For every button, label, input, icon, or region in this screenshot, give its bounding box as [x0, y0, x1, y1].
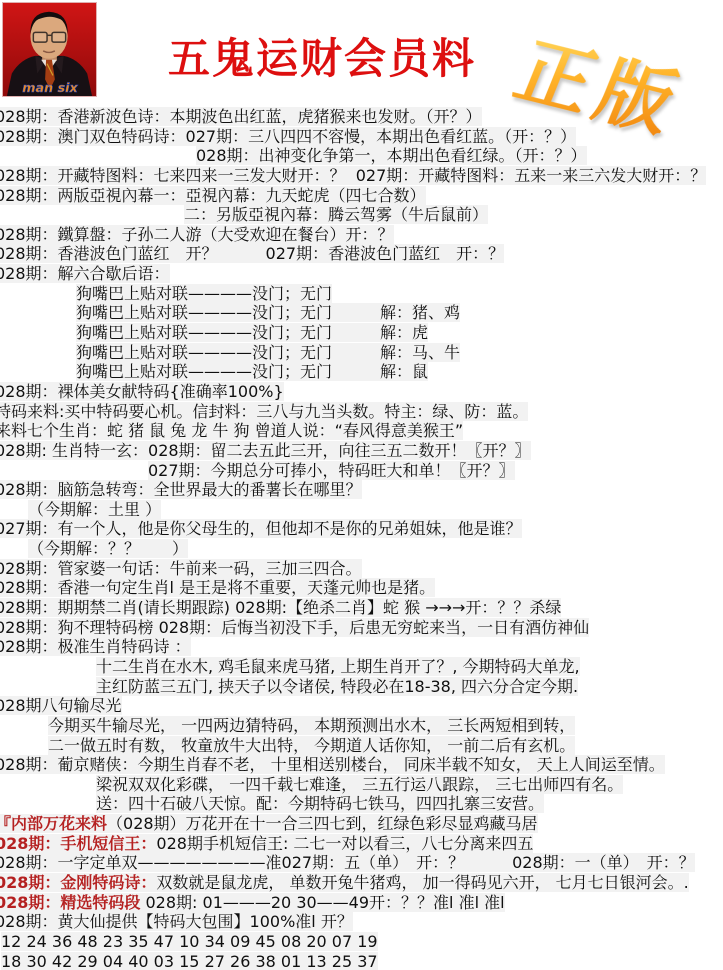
text-segment: 028期：香港一句定生肖l 是王是将不重要，天蓬元帅也是猪。: [0, 578, 435, 597]
text-line: 18 30 42 29 04 40 03 15 27 26 38 01 13 2…: [0, 952, 723, 970]
text-segment: 028期: 生肖特一玄：028期：留二去五此三开，向往三五二数开！〖开？〗: [0, 441, 531, 460]
portrait-photo: man six: [2, 2, 97, 97]
page-title: 五鬼运财会员料: [168, 26, 476, 86]
text-segment: 028期：脑筋急转弯：全世界最大的番薯长在哪里？: [0, 480, 362, 499]
text-line: 028期：精选特码段 028期: 01———20 30——49开：？？准l 准l…: [0, 893, 723, 913]
text-segment: 028期：管家婆一句话：牛前来一码，三加三四合。: [0, 559, 362, 578]
text-line: 今期买牛输尽光， 一四两边猜特码， 本期预测出水木， 三长两短相到转，: [0, 716, 723, 736]
text-line: 028期：管家婆一句话：牛前来一码，三加三四合。: [0, 559, 723, 579]
highlight-segment: 『内部万花来料: [0, 814, 107, 833]
text-line: 028期：出神变化争第一，本期出色看红绿。（开：？）: [0, 146, 723, 166]
text-segment: 028期: 01———20 30——49开：？？准l 准l 准l: [140, 893, 504, 912]
text-segment: 今期买牛输尽光， 一四两边猜特码， 本期预测出水木， 三长两短相到转，: [48, 716, 575, 735]
text-segment: 狗嘴巴上贴对联————没门；无门 解：猪、鸡: [76, 303, 460, 322]
highlight-segment: 028期：金刚特码诗：: [0, 873, 156, 892]
text-line: 028期：解六合歇后语：: [0, 264, 723, 284]
text-segment: 028期：一字定单双————————准027期：五（单） 开：？ 028期：一（…: [0, 853, 695, 872]
text-segment: 028期：裸体美女献特码{准确率100%}: [0, 382, 284, 401]
text-line: 狗嘴巴上贴对联————没门；无门 解：虎: [0, 323, 723, 343]
text-segment: 028期：狗不理特码榜 028期：后悔当初没下手，后患无穷蛇来当，一日有酒仿神仙: [0, 618, 589, 637]
text-segment: 二：另版亞視內幕：腾云驾雾（牛后鼠前）: [184, 205, 488, 224]
text-segment: 028期八句输尽光: [0, 696, 122, 715]
text-line: 028期: 生肖特一玄：028期：留二去五此三开，向往三五二数开！〖开？〗: [0, 441, 723, 461]
text-line: 028期：香港波色门蓝红 开？ 027期：香港波色门蓝红 开：？: [0, 244, 723, 264]
text-segment: 028期：黄大仙提供【特码大包围】100%准l 开？: [0, 912, 353, 931]
text-line: 028期：狗不理特码榜 028期：后悔当初没下手，后患无穷蛇来当，一日有酒仿神仙: [0, 618, 723, 638]
text-segment: 二一做五时有数， 牧童放牛大出特， 今期道人话你知， 一前二后有玄机。: [48, 736, 575, 755]
text-segment: 狗嘴巴上贴对联————没门；无门: [76, 284, 332, 303]
text-line: 028期：澳门双色特码诗：027期：三八四四不容慢，本期出色看红蓝。（开：？）: [0, 127, 723, 147]
text-line: （今期解：？？ ）: [0, 539, 723, 559]
text-segment: 狗嘴巴上贴对联————没门；无门 解：马、牛: [76, 343, 460, 362]
text-line: 狗嘴巴上贴对联————没门；无门 解：猪、鸡: [0, 303, 723, 323]
text-segment: 双数就是鼠龙虎， 单数开兔牛猪鸡， 加一得码见六开， 七月七日银河会。.: [156, 873, 688, 892]
text-segment: 028期：开藏特图料：七来四来一三发大财开：？ 027期：开藏特图料：五来一来三…: [0, 166, 706, 185]
text-segment: 028期：香港新波色诗：本期波色出红蓝，虎猪猴来也发财。（开？）: [0, 107, 482, 126]
text-line: 028期：脑筋急转弯：全世界最大的番薯长在哪里？: [0, 480, 723, 500]
text-segment: 028期：澳门双色特码诗：027期：三八四四不容慢，本期出色看红蓝。（开：？）: [0, 127, 576, 146]
portrait-illustration: man six: [3, 3, 96, 96]
text-line: 二一做五时有数， 牧童放牛大出特， 今期道人话你知， 一前二后有玄机。: [0, 736, 723, 756]
text-line: 狗嘴巴上贴对联————没门；无门 解：马、牛: [0, 343, 723, 363]
text-segment: 028期：两版亞視內幕一：亞視內幕：九天蛇虎（四七合数）: [0, 186, 426, 205]
text-line: 027期：今期总分可捧小，特码旺大和单！〖开？〗: [0, 461, 723, 481]
text-segment: 梁祝双双化彩碟， 一四千载七难逢， 三五行运八跟踪， 三七出师四有名。: [96, 775, 623, 794]
text-segment: 主红防蓝三五门, 挟天子以令诸侯, 特段必在18-38, 四六分合定今期.: [96, 677, 578, 696]
text-line: 028期：香港一句定生肖l 是王是将不重要，天蓬元帅也是猪。: [0, 578, 723, 598]
text-segment: 12 24 36 48 23 35 47 10 34 09 45 08 20 0…: [1, 932, 378, 951]
text-line: 028期：极准生肖特码诗 ：: [0, 637, 723, 657]
text-line: 028期：一字定单双————————准027期：五（单） 开：？ 028期：一（…: [0, 853, 723, 873]
text-segment: 特码来料:买中特码要心机。信封料：三八与九当头数。特主：绿、防：蓝。: [0, 402, 528, 421]
text-segment: 送：四十石破八天惊。配：今期特码七铁马，四四扎寨三安营。: [96, 794, 544, 813]
text-line: 028期八句输尽光: [0, 696, 723, 716]
text-line: 028期：期期禁二肖(请长期跟踪) 028期:【绝杀二肖】蛇 猴 →→→开：？？…: [0, 598, 723, 618]
text-line: 特码来料:买中特码要心机。信封料：三八与九当头数。特主：绿、防：蓝。: [0, 402, 723, 422]
text-segment: 狗嘴巴上贴对联————没门；无门 解：鼠: [76, 362, 428, 381]
text-segment: 028期：葡京赌侠：今期生肖春不老， 十里相送别楼台， 同床半载不知女， 天上人…: [0, 755, 665, 774]
text-line: 028期：两版亞視內幕一：亞視內幕：九天蛇虎（四七合数）: [0, 186, 723, 206]
text-segment: 来料七个生肖：蛇 猪 鼠 兔 龙 牛 狗 曾道人说：“春风得意美猴王”: [0, 421, 463, 440]
text-segment: 027期：有一个人，他是你父母生的，但他却不是你的兄弟姐妹，他是谁？: [0, 519, 522, 538]
text-line: 12 24 36 48 23 35 47 10 34 09 45 08 20 0…: [0, 932, 723, 952]
text-line: 狗嘴巴上贴对联————没门；无门 解：鼠: [0, 362, 723, 382]
text-segment: 028期：香港波色门蓝红 开？ 027期：香港波色门蓝红 开：？: [0, 244, 504, 263]
text-line: 送：四十石破八天惊。配：今期特码七铁马，四四扎寨三安营。: [0, 794, 723, 814]
text-line: 028期：手机短信王：028期手机短信王: 二七一对以看三，八七分离来四五: [0, 834, 723, 854]
text-lines: 028期：香港新波色诗：本期波色出红蓝，虎猪猴来也发财。（开？）028期：澳门双…: [0, 107, 723, 970]
text-segment: （028期）万花开在十一合三四七到，红绿色彩尽显鸡藏马居: [107, 814, 538, 833]
text-segment: 028期手机短信王: 二七一对以看三，八七分离来四五: [156, 834, 533, 853]
text-line: 狗嘴巴上贴对联————没门；无门: [0, 284, 723, 304]
text-line: 十二生肖在水木, 鸡毛鼠来虎马猪, 上期生肖开了？, 今期特码大单龙,: [0, 657, 723, 677]
text-segment: 028期：极准生肖特码诗 ：: [0, 637, 191, 656]
text-line: 梁祝双双化彩碟， 一四千载七难逢， 三五行运八跟踪， 三七出师四有名。: [0, 775, 723, 795]
photo-caption: man six: [22, 80, 78, 95]
text-line: 来料七个生肖：蛇 猪 鼠 兔 龙 牛 狗 曾道人说：“春风得意美猴王”: [0, 421, 723, 441]
text-segment: 028期：解六合歇后语：: [0, 264, 170, 283]
text-line: 028期：葡京赌侠：今期生肖春不老， 十里相送别楼台， 同床半载不知女， 天上人…: [0, 755, 723, 775]
text-segment: 十二生肖在水木, 鸡毛鼠来虎马猪, 上期生肖开了？, 今期特码大单龙,: [96, 657, 580, 676]
highlight-segment: 028期：精选特码段: [0, 893, 140, 912]
text-line: 028期：开藏特图料：七来四来一三发大财开：？ 027期：开藏特图料：五来一来三…: [0, 166, 723, 186]
highlight-segment: 028期：手机短信王：: [0, 834, 156, 853]
text-line: 028期：裸体美女献特码{准确率100%}: [0, 382, 723, 402]
text-segment: （今期解：？？ ）: [28, 539, 188, 558]
text-line: 028期：黄大仙提供【特码大包围】100%准l 开？: [0, 912, 723, 932]
text-segment: 028期：期期禁二肖(请长期跟踪) 028期:【绝杀二肖】蛇 猴 →→→开：？？…: [0, 598, 561, 617]
text-line: （今期解：土里 ）: [0, 500, 723, 520]
text-segment: （今期解：土里 ）: [28, 500, 161, 519]
text-line: 028期：金刚特码诗：双数就是鼠龙虎， 单数开兔牛猪鸡， 加一得码见六开， 七月…: [0, 873, 723, 893]
text-segment: 027期：今期总分可捧小，特码旺大和单！〖开？〗: [148, 461, 515, 480]
text-segment: 狗嘴巴上贴对联————没门；无门 解：虎: [76, 323, 428, 342]
text-line: 『内部万花来料（028期）万花开在十一合三四七到，红绿色彩尽显鸡藏马居: [0, 814, 723, 834]
text-line: 028期：鐵算盤：子孙二人游（大受欢迎在餐台）开：？: [0, 225, 723, 245]
text-segment: 028期：出神变化争第一，本期出色看红绿。（开：？）: [196, 146, 587, 165]
text-line: 027期：有一个人，他是你父母生的，但他却不是你的兄弟姐妹，他是谁？: [0, 519, 723, 539]
text-segment: 028期：鐵算盤：子孙二人游（大受欢迎在餐台）开：？: [0, 225, 394, 244]
text-line: 二：另版亞視內幕：腾云驾雾（牛后鼠前）: [0, 205, 723, 225]
text-segment: 18 30 42 29 04 40 03 15 27 26 38 01 13 2…: [1, 952, 378, 970]
text-line: 主红防蓝三五门, 挟天子以令诸侯, 特段必在18-38, 四六分合定今期.: [0, 677, 723, 697]
text-line: 028期：香港新波色诗：本期波色出红蓝，虎猪猴来也发财。（开？）: [0, 107, 723, 127]
page: man six 五鬼运财会员料 正版 028期：香港新波色诗：本期波色出红蓝，虎…: [0, 0, 723, 970]
